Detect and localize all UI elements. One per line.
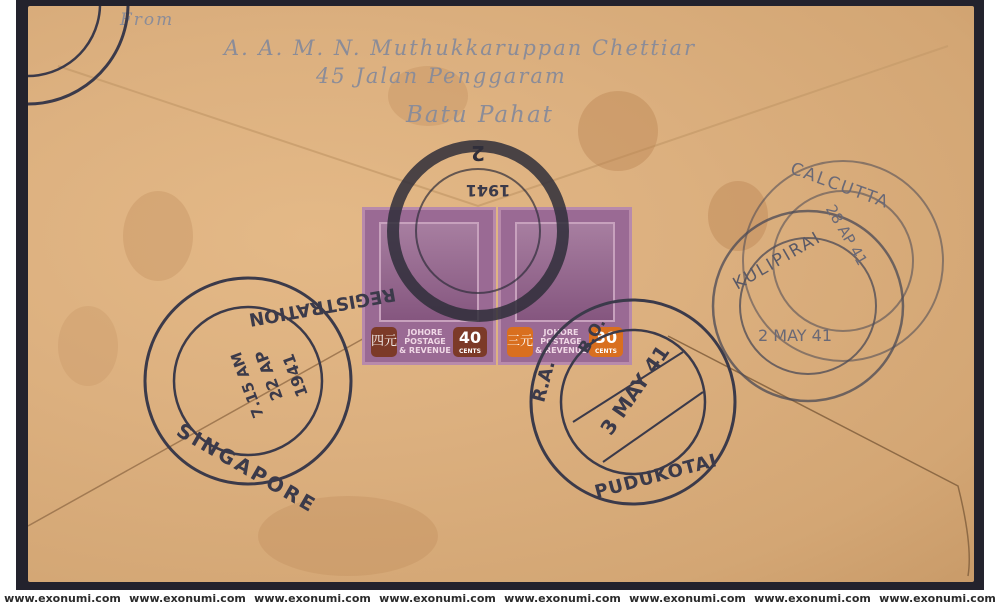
watermark-text: www.exonumi.com	[379, 592, 496, 608]
watermark-text: www.exonumi.com	[879, 592, 996, 608]
postmark-batu-pahat	[393, 146, 563, 316]
watermark-text: www.exonumi.com	[504, 592, 621, 608]
watermark-strip: www.exonumi.com www.exonumi.com www.exon…	[0, 592, 1000, 608]
watermark-text: www.exonumi.com	[754, 592, 871, 608]
watermark-text: www.exonumi.com	[129, 592, 246, 608]
postmark-batu-pahat-year: 1941	[448, 181, 528, 200]
postmark-singapore	[28, 6, 165, 141]
postmark-kulipirai-date: 2 MAY 41	[758, 326, 832, 345]
watermark-text: www.exonumi.com	[4, 592, 121, 608]
postmark-singapore-text: REGISTRATION SINGAPORE 7.15 AM 22 AP 194…	[148, 266, 348, 496]
watermark-text: www.exonumi.com	[629, 592, 746, 608]
postmark-batu-pahat-number: 2	[438, 141, 518, 165]
envelope: From A. A. M. N. Muthukkaruppan Chettiar…	[28, 6, 974, 582]
watermark-text: www.exonumi.com	[254, 592, 371, 608]
